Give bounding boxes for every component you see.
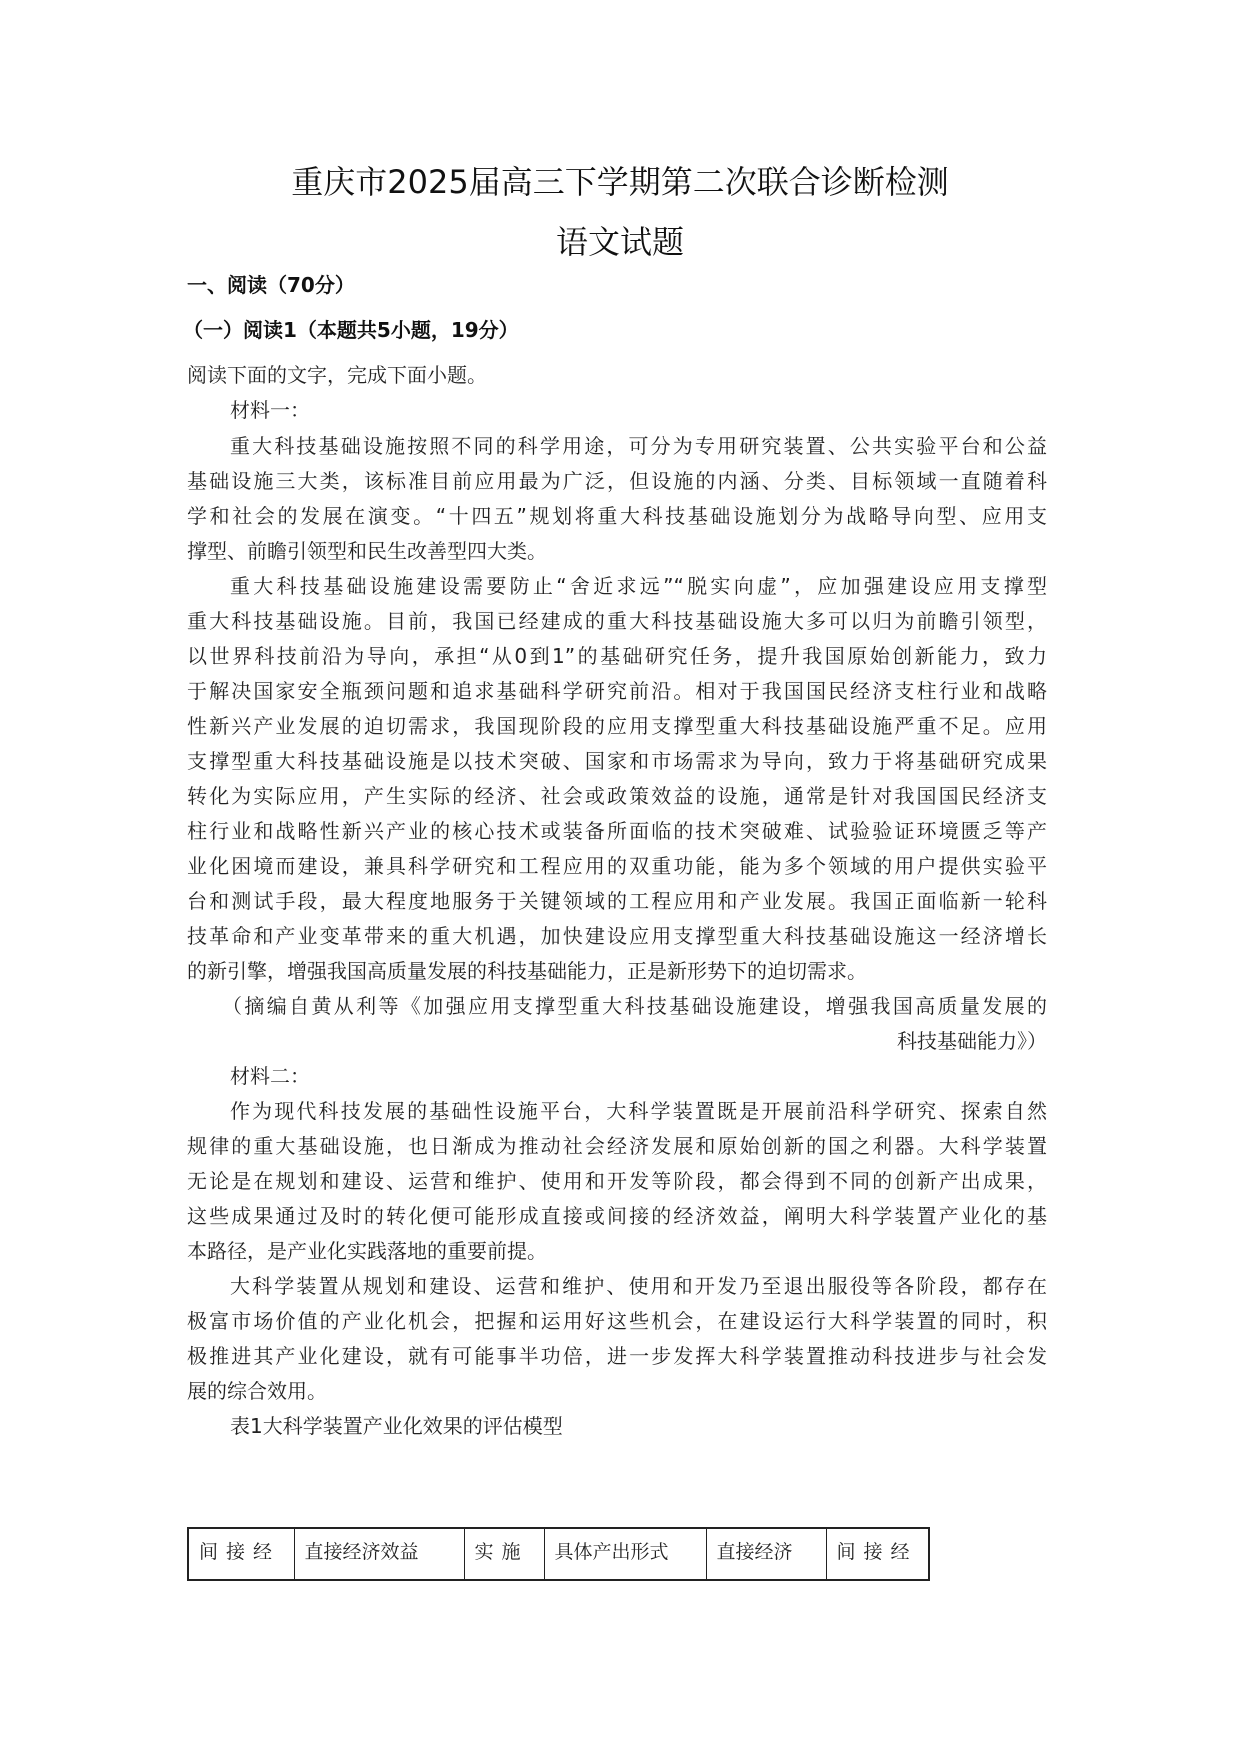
material2-line: 展的综合效用。 <box>187 1376 1047 1406</box>
material1-line: 柱行业和战略性新兴产业的核心技术或装备所面临的技术突破难、试验验证环境匮乏等产 <box>187 816 1047 846</box>
evaluation-model-table: 间接经 直接经济效益 实施 具体产出形式 直接经济 间接经 <box>187 1527 930 1581</box>
material1-line: 撑型、前瞻引领型和民生改善型四大类。 <box>187 536 1047 566</box>
instruction-text: 阅读下面的文字，完成下面小题。 <box>187 360 1047 390</box>
material2-line: 规律的重大基础设施，也日渐成为推动社会经济发展和原始创新的国之利器。大科学装置 <box>187 1131 1047 1161</box>
material2-line: 大科学装置从规划和建设、运营和维护、使用和开发乃至退出服役等各阶段，都存在 <box>230 1271 1047 1301</box>
table-header-row: 间接经 直接经济效益 实施 具体产出形式 直接经济 间接经 <box>188 1528 929 1580</box>
table-header-cell: 实施 <box>464 1528 544 1580</box>
material1-line: 转化为实际应用，产生实际的经济、社会或政策效益的设施，通常是针对我国国民经济支 <box>187 781 1047 811</box>
material1-line: 重大科技基础设施按照不同的科学用途，可分为专用研究装置、公共实验平台和公益 <box>230 431 1047 461</box>
material1-line: 的新引擎，增强我国高质量发展的科技基础能力，正是新形势下的迫切需求。 <box>187 956 1047 986</box>
material1-line: 支撑型重大科技基础设施是以技术突破、国家和市场需求为导向，致力于将基础研究成果 <box>187 746 1047 776</box>
table-header-cell: 间接经 <box>188 1528 294 1580</box>
material2-line: 本路径，是产业化实践落地的重要前提。 <box>187 1236 1047 1266</box>
material2-line: 作为现代科技发展的基础性设施平台，大科学装置既是开展前沿科学研究、探索自然 <box>230 1096 1047 1126</box>
material2-line: 极推进其产业化建设，就有可能事半功倍，进一步发挥大科学装置推动科技进步与社会发 <box>187 1341 1047 1371</box>
table-header-cell: 直接经济 <box>706 1528 826 1580</box>
table-caption: 表1大科学装置产业化效果的评估模型 <box>230 1411 1047 1441</box>
exam-title: 重庆市2025届高三下学期第二次联合诊断检测 <box>0 162 1240 202</box>
material1-source: （摘编自黄从利等《加强应用支撑型重大科技基础设施建设，增强我国高质量发展的 <box>222 991 1047 1021</box>
table-header-cell: 具体产出形式 <box>544 1528 706 1580</box>
material1-line: 基础设施三大类，该标准目前应用最为广泛，但设施的内涵、分类、目标领域一直随着科 <box>187 466 1047 496</box>
exam-subtitle: 语文试题 <box>0 222 1240 262</box>
material1-line: 业化困境而建设，兼具科学研究和工程应用的双重功能，能为多个领域的用户提供实验平 <box>187 851 1047 881</box>
material1-source-cont: 科技基础能力》） <box>187 1026 1047 1056</box>
exam-page: 重庆市2025届高三下学期第二次联合诊断检测 语文试题 一、阅读（70分） （一… <box>0 0 1240 1754</box>
table-header-cell: 间接经 <box>826 1528 929 1580</box>
material1-line: 技革命和产业变革带来的重大机遇，加快建设应用支撑型重大科技基础设施这一经济增长 <box>187 921 1047 951</box>
material2-label: 材料二： <box>230 1061 1047 1091</box>
material2-line: 极富市场价值的产业化机会，把握和运用好这些机会，在建设运行大科学装置的同时，积 <box>187 1306 1047 1336</box>
material1-line: 于解决国家安全瓶颈问题和追求基础科学研究前沿。相对于我国国民经济支柱行业和战略 <box>187 676 1047 706</box>
material1-line: 重大科技基础设施建设需要防止“舍近求远”“脱实向虚”，应加强建设应用支撑型 <box>230 571 1047 601</box>
material1-line: 性新兴产业发展的迫切需求，我国现阶段的应用支撑型重大科技基础设施严重不足。应用 <box>187 711 1047 741</box>
material1-label: 材料一： <box>230 395 1047 425</box>
subsection-heading: （一）阅读1（本题共5小题，19分） <box>183 316 519 344</box>
material2-line: 这些成果通过及时的转化便可能形成直接或间接的经济效益，阐明大科学装置产业化的基 <box>187 1201 1047 1231</box>
material1-line: 台和测试手段，最大程度地服务于关键领域的工程应用和产业发展。我国正面临新一轮科 <box>187 886 1047 916</box>
material1-line: 学和社会的发展在演变。“十四五”规划将重大科技基础设施划分为战略导向型、应用支 <box>187 501 1047 531</box>
material2-line: 无论是在规划和建设、运营和维护、使用和开发等阶段，都会得到不同的创新产出成果， <box>187 1166 1047 1196</box>
section-heading: 一、阅读（70分） <box>187 271 355 299</box>
material1-line: 重大科技基础设施。目前，我国已经建成的重大科技基础设施大多可以归为前瞻引领型， <box>187 606 1047 636</box>
table-header-cell: 直接经济效益 <box>294 1528 464 1580</box>
material1-line: 以世界科技前沿为导向，承担“从0到1”的基础研究任务，提升我国原始创新能力，致力 <box>187 641 1047 671</box>
